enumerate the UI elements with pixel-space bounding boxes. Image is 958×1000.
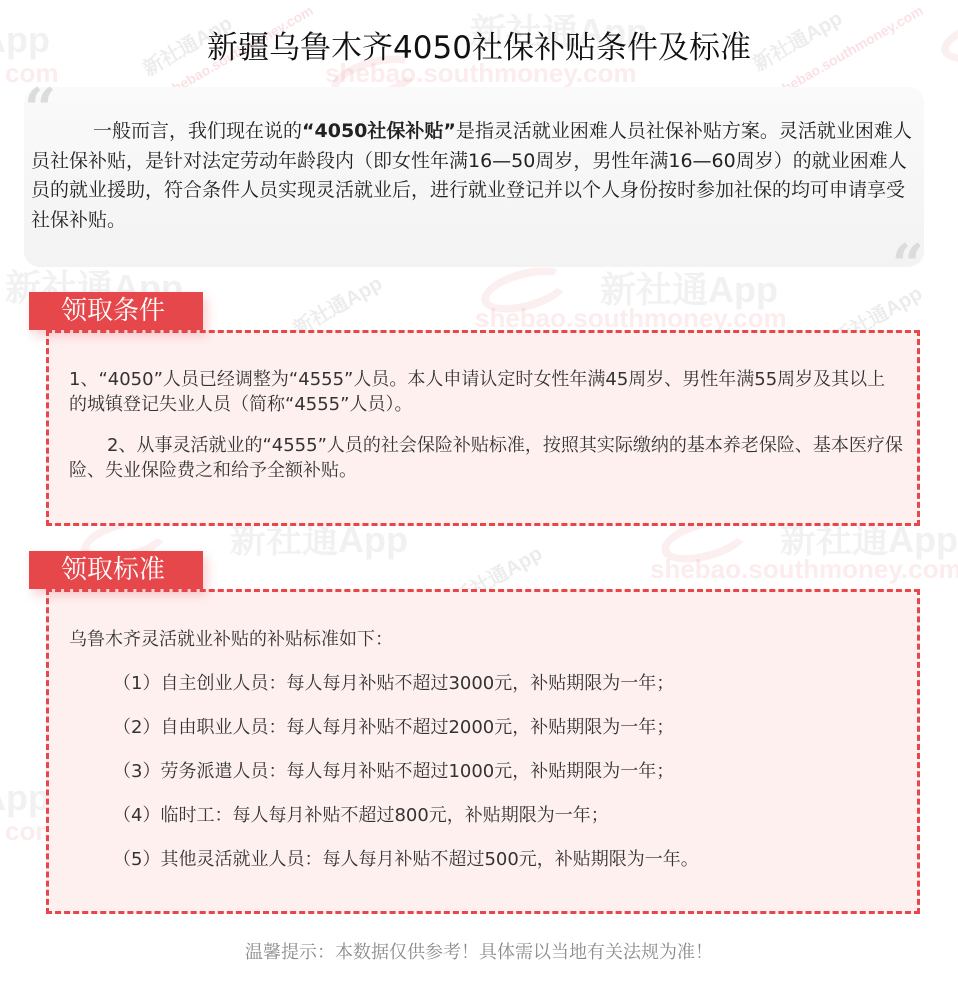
standard-item: （2）自由职业人员：每人每月补贴不超过2000元，补贴期限为一年； — [113, 713, 674, 739]
footer-disclaimer: 温馨提示：本数据仅供参考！具体需以当地有关法规为准！ — [0, 938, 958, 964]
watermark-url: shebao.southmoney.com — [650, 556, 958, 582]
intro-text-before: 一般而言，我们现在说的 — [93, 120, 302, 142]
condition-paragraph-1: 1、“4050”人员已经调整为“4555”人员。本人申请认定时女性年满45周岁、… — [69, 367, 903, 417]
watermark-brand: 新社通App — [780, 522, 958, 558]
condition-paragraph-2-text: 2、从事灵活就业的“4555”人员的社会保险补贴标准，按照其实际缴纳的基本养老保… — [69, 435, 903, 481]
standards-heading: 领取标准 — [29, 551, 203, 589]
standard-item: （5）其他灵活就业人员：每人每月补贴不超过500元，补贴期限为一年。 — [113, 845, 699, 871]
standard-item: （4）临时工：每人每月补贴不超过800元，补贴期限为一年； — [113, 801, 609, 827]
watermark-logo — [476, 259, 573, 321]
watermark-brand: 新社通App — [600, 272, 778, 308]
watermark-brand: 新社通App — [230, 522, 408, 558]
intro-bold-term: “4050社保补贴” — [302, 120, 456, 142]
standards-box: 乌鲁木齐灵活就业补贴的补贴标准如下： （1）自主创业人员：每人每月补贴不超过30… — [46, 589, 920, 914]
intro-box: “ 一般而言，我们现在说的“4050社保补贴”是指灵活就业困难人员社保补贴方案。… — [24, 87, 924, 267]
conditions-heading: 领取条件 — [29, 292, 203, 330]
standards-intro: 乌鲁木齐灵活就业补贴的补贴标准如下： — [69, 625, 393, 651]
watermark-url: shebao.southmoney.com — [475, 305, 787, 331]
watermark-app: App — [0, 780, 50, 816]
standard-item: （3）劳务派遣人员：每人每月补贴不超过1000元，补贴期限为一年； — [113, 757, 674, 783]
page-title: 新疆乌鲁木齐4050社保补贴条件及标准 — [0, 22, 958, 67]
close-quote-icon: “ — [892, 237, 924, 293]
standard-item: （1）自主创业人员：每人每月补贴不超过3000元，补贴期限为一年； — [113, 669, 674, 695]
condition-paragraph-2: 2、从事灵活就业的“4555”人员的社会保险补贴标准，按照其实际缴纳的基本养老保… — [69, 433, 903, 483]
conditions-box: 1、“4050”人员已经调整为“4555”人员。本人申请认定时女性年满45周岁、… — [46, 330, 920, 526]
intro-paragraph: 一般而言，我们现在说的“4050社保补贴”是指灵活就业困难人员社保补贴方案。灵活… — [31, 117, 921, 235]
